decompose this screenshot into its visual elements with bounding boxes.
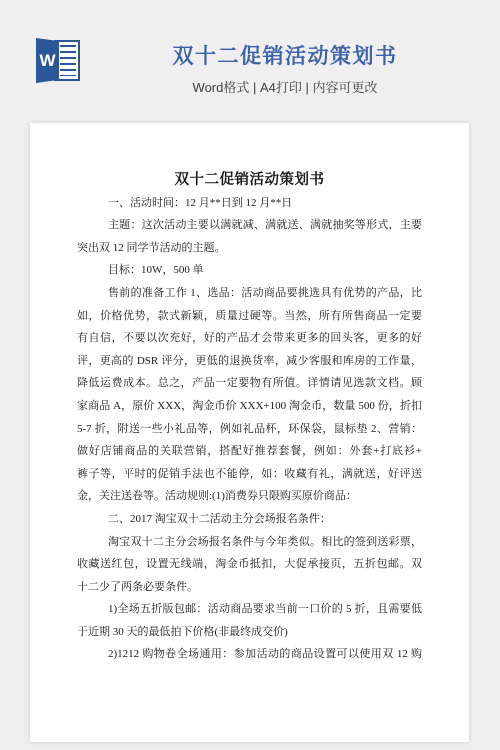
page-subtitle: Word格式 | A4打印 | 内容可更改 xyxy=(84,77,486,96)
doc-line: 主题：这次活动主要以满就减、满就送、满就抽奖等形式，主要 xyxy=(77,214,422,237)
word-icon-page-lines xyxy=(60,45,76,76)
document-title: 双十二促销活动策划书 xyxy=(77,169,422,192)
header-banner: W 双十二促销活动策划书 Word格式 | A4打印 | 内容可更改 xyxy=(0,0,500,123)
doc-line: 做好店铺商品的关联营销，搭配好推荐套餐，例如：外套+打底衫+ xyxy=(77,440,422,463)
doc-line: 评，更高的 DSR 评分，更低的退换货率，减少客服和库房的工作量， xyxy=(77,350,422,373)
doc-line: 2)1212 购物卷全场通用：参加活动的商品设置可以使用双 12 购 xyxy=(77,643,422,666)
doc-line: 一、活动时间：12 月**日到 12 月**日 xyxy=(77,192,422,215)
doc-line: 淘宝双十二主分会场报名条件与今年类似。相比的签到送彩票， xyxy=(77,531,422,554)
doc-line: 如，价格优势，款式新颖，质量过硬等。当然，所有所售商品一定要 xyxy=(77,305,422,328)
doc-line: 于近期 30 天的最低拍下价格(非最终成交价) xyxy=(77,621,422,644)
doc-line: 售前的准备工作 1、选品：活动商品要挑选具有优势的产品，比 xyxy=(77,282,422,305)
page-title: 双十二促销活动策划书 xyxy=(84,40,486,70)
doc-line: 降低运费成本。总之，产品一定要物有所值。详情请见选款文档。顾 xyxy=(77,372,422,395)
doc-line: 金，关注送卷等。活动规则:(1)消费券只限购买原价商品： xyxy=(77,485,422,508)
doc-line: 裤子等，平时的促销手法也不能停，如：收藏有礼，满就送，好评送 xyxy=(77,463,422,486)
doc-line: 突出双 12 同学节活动的主题。 xyxy=(77,237,422,260)
word-icon-cover: W xyxy=(36,38,59,83)
doc-line: 二、2017 淘宝双十二活动主分会场报名条件： xyxy=(77,508,422,531)
word-icon-letter: W xyxy=(39,51,55,71)
word-icon: W xyxy=(36,38,80,83)
document-body: 双十二促销活动策划书 一、活动时间：12 月**日到 12 月**日 主题：这次… xyxy=(77,169,422,666)
doc-line: 家商品 A，原价 XXX，淘金币价 XXX+100 淘金币，数量 500 份，折… xyxy=(77,395,422,418)
doc-line: 十二少了两条必要条件。 xyxy=(77,576,422,599)
doc-line: 5-7 折，附送一些小礼品等，例如礼品杯，环保袋，鼠标垫 2、营销： xyxy=(77,418,422,441)
template-preview-page: W 双十二促销活动策划书 Word格式 | A4打印 | 内容可更改 双十二促销… xyxy=(0,0,500,750)
doc-line: 1)全场五折版包邮：活动商品要求当前一口价的 5 折，且需要低 xyxy=(77,598,422,621)
doc-line: 收藏送红包，设置无线端，淘金币抵扣，大促承接页，五折包邮。双 xyxy=(77,553,422,576)
doc-line: 有自信，不要以次充好，好的产品才会带来更多的回头客，更多的好 xyxy=(77,327,422,350)
document-sheet: 双十二促销活动策划书 一、活动时间：12 月**日到 12 月**日 主题：这次… xyxy=(30,123,469,742)
doc-line: 目标：10W，500 单 xyxy=(77,259,422,282)
